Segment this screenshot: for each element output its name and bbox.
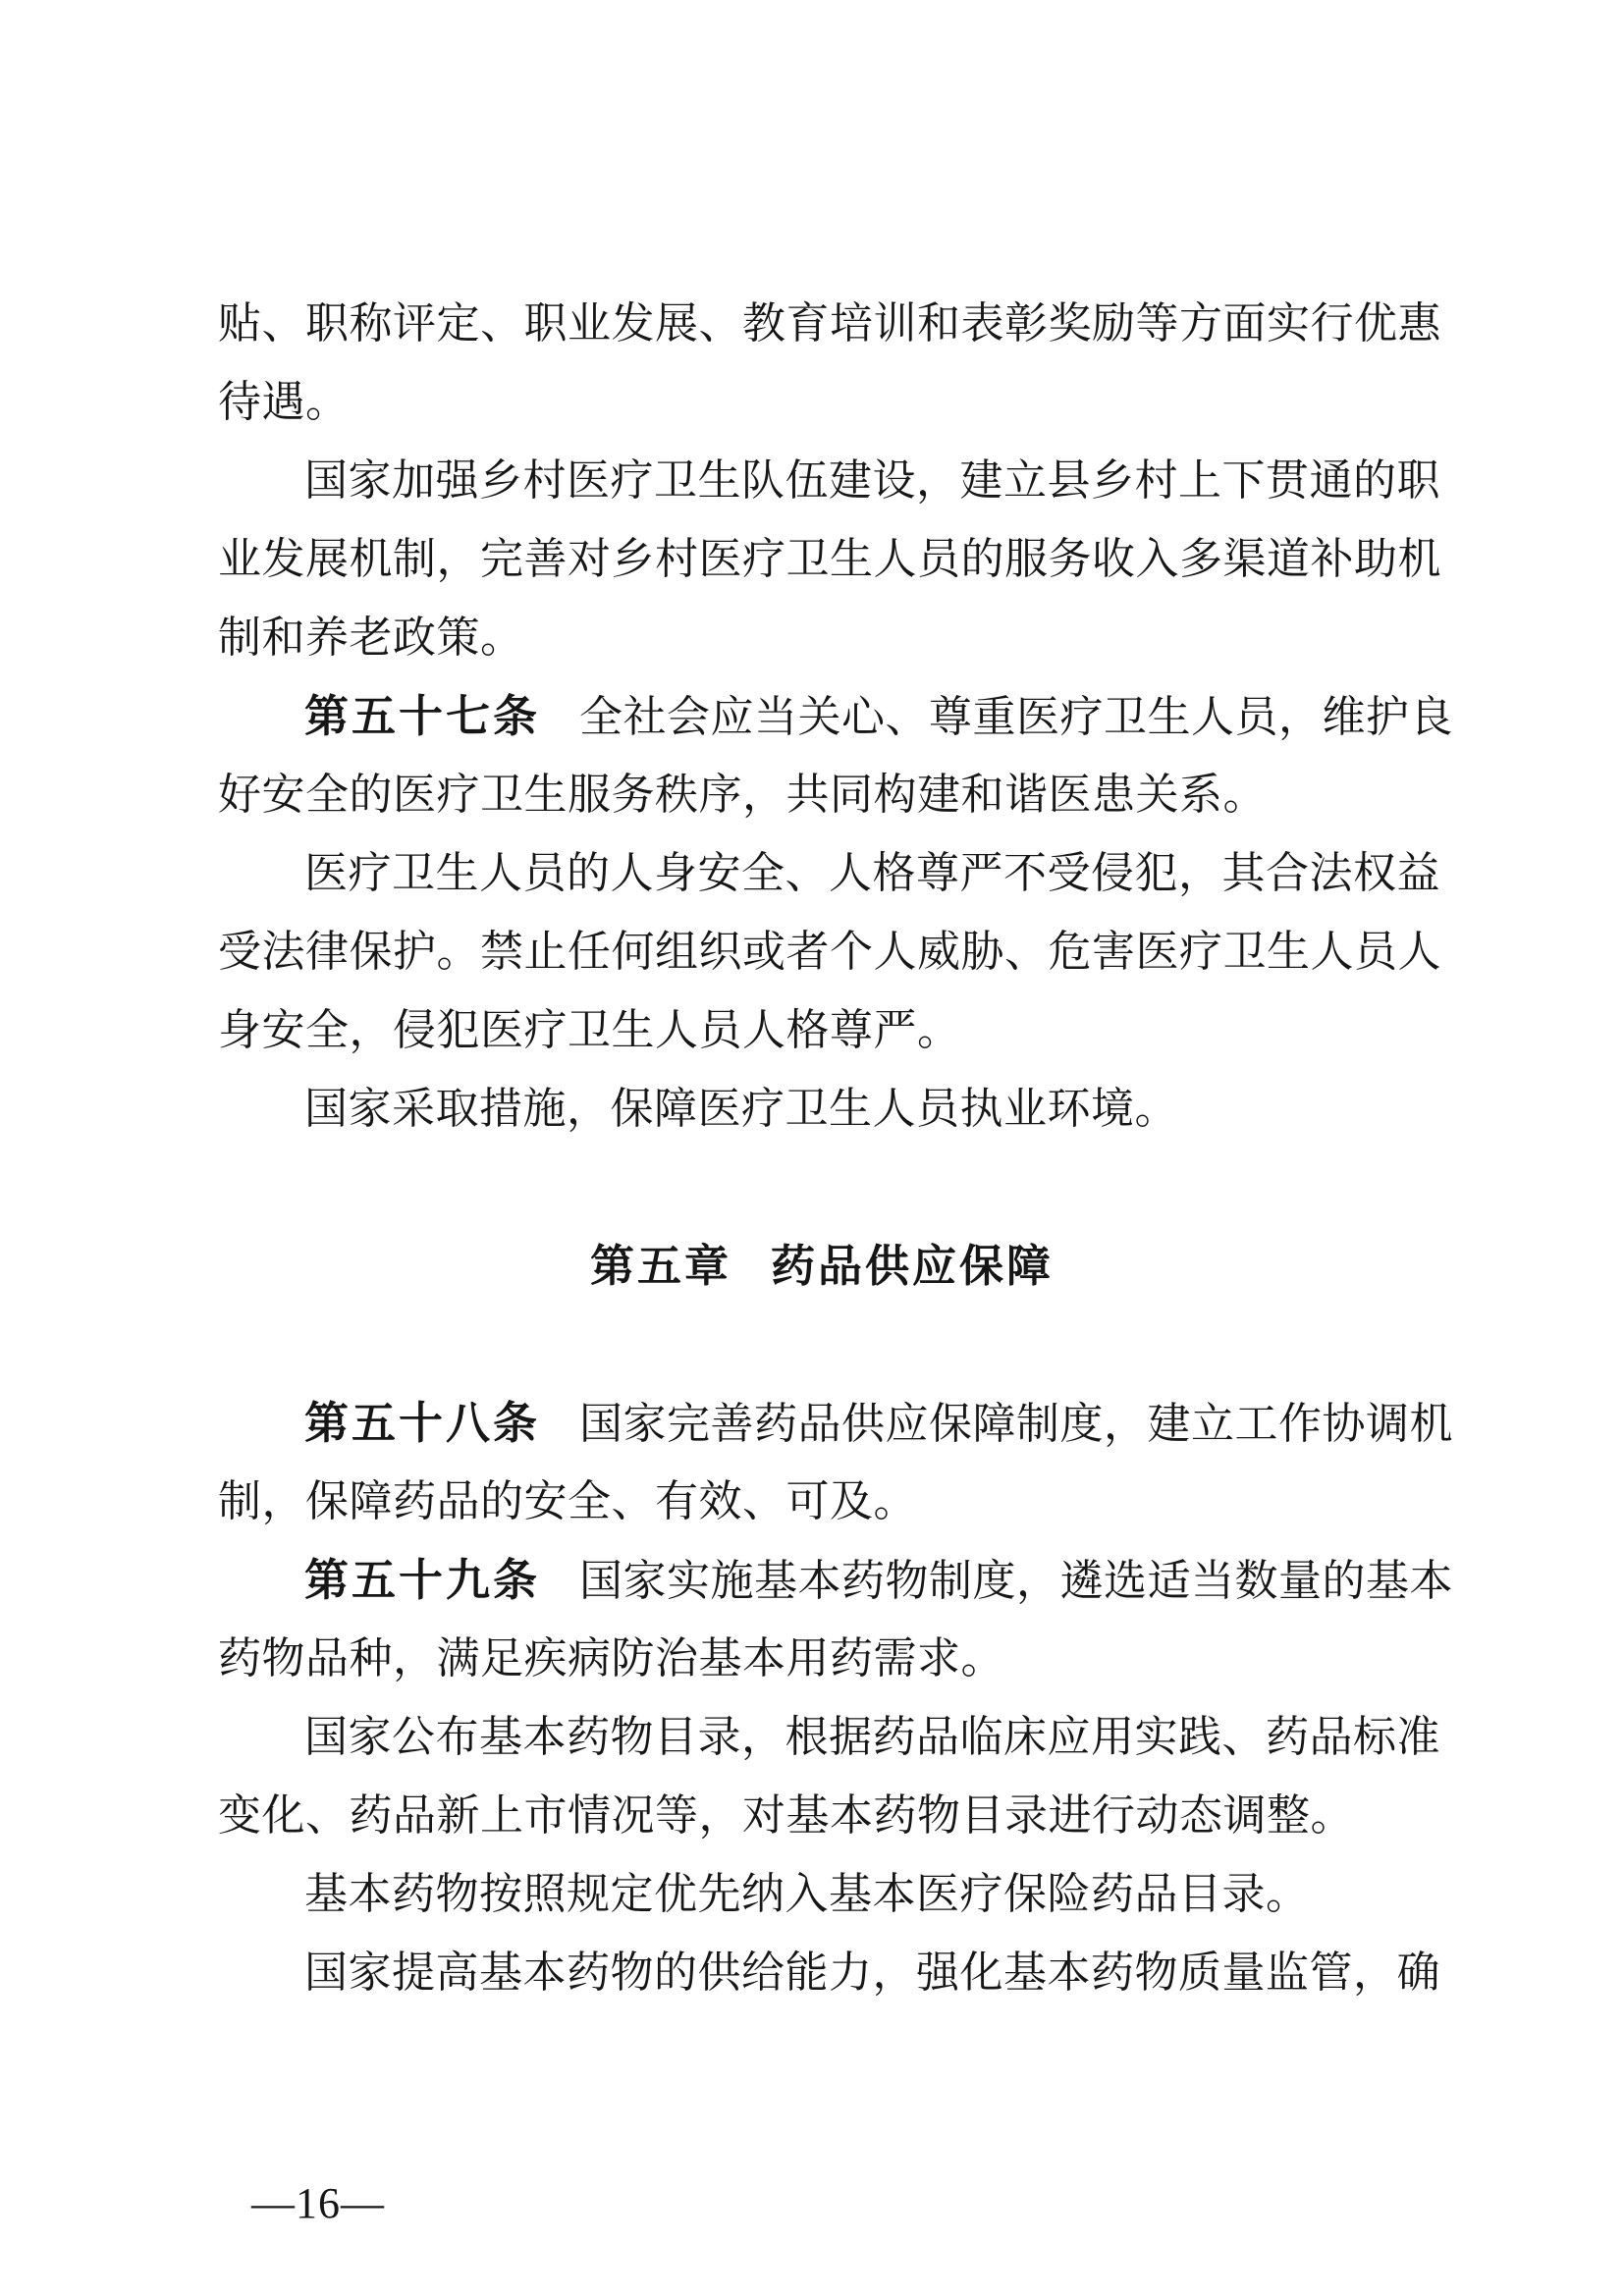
paragraph: 国家采取措施，保障医疗卫生人员执业环境。 xyxy=(218,1070,1426,1148)
text-line: 贴、职称评定、职业发展、教育培训和表彰奖励等方面实行优惠 xyxy=(218,285,1426,363)
body-text: 贴、职称评定、职业发展、教育培训和表彰奖励等方面实行优惠 xyxy=(218,299,1441,347)
text-line: 第五十七条全社会应当关心、尊重医疗卫生人员，维护良 xyxy=(218,677,1426,756)
body-text: 国家采取措施，保障医疗卫生人员执业环境。 xyxy=(304,1085,1178,1133)
text-line: 国家采取措施，保障医疗卫生人员执业环境。 xyxy=(218,1070,1426,1148)
text-line: 受法律保护。禁止任何组织或者个人威胁、危害医疗卫生人员人 xyxy=(218,913,1426,991)
text-line: 好安全的医疗卫生服务秩序，共同构建和谐医患关系。 xyxy=(218,756,1426,834)
text-line: 药物品种，满足疾病防治基本用药需求。 xyxy=(218,1620,1426,1698)
paragraph: 国家公布基本药物目录，根据药品临床应用实践、药品标准变化、药品新上市情况等，对基… xyxy=(218,1698,1426,1855)
body-text: 业发展机制，完善对乡村医疗卫生人员的服务收入多渠道补助机 xyxy=(218,535,1441,583)
text-line: 第五十八条国家完善药品供应保障制度，建立工作协调机 xyxy=(218,1384,1426,1463)
text-line: 制，保障药品的安全、有效、可及。 xyxy=(218,1463,1426,1541)
text-line: 基本药物按照规定优先纳入基本医疗保险药品目录。 xyxy=(218,1855,1426,1934)
paragraph: 医疗卫生人员的人身安全、人格尊严不受侵犯，其合法权益受法律保护。禁止任何组织或者… xyxy=(218,834,1426,1070)
text-line: 制和养老政策。 xyxy=(218,599,1426,677)
body-text: 制，保障药品的安全、有效、可及。 xyxy=(218,1477,917,1525)
text-line: 国家提高基本药物的供给能力，强化基本药物质量监管，确 xyxy=(218,1934,1426,2012)
text-line: 变化、药品新上市情况等，对基本药物目录进行动态调整。 xyxy=(218,1777,1426,1855)
text-line: 待遇。 xyxy=(218,363,1426,442)
page-number: —16— xyxy=(251,2164,385,2243)
body-text: 国家公布基本药物目录，根据药品临床应用实践、药品标准 xyxy=(304,1713,1440,1761)
text-line: 业发展机制，完善对乡村医疗卫生人员的服务收入多渠道补助机 xyxy=(218,520,1426,599)
paragraph: 国家加强乡村医疗卫生队伍建设，建立县乡村上下贯通的职业发展机制，完善对乡村医疗卫… xyxy=(218,442,1426,677)
text-line: 第五章药品供应保障 xyxy=(218,1227,1426,1306)
article-number: 第五章 xyxy=(590,1241,731,1291)
body-text: 变化、药品新上市情况等，对基本药物目录进行动态调整。 xyxy=(218,1791,1354,1840)
text-line: 身安全，侵犯医疗卫生人员人格尊严。 xyxy=(218,991,1426,1070)
article-number: 第五十七条 xyxy=(304,691,540,741)
text-line: 医疗卫生人员的人身安全、人格尊严不受侵犯，其合法权益 xyxy=(218,834,1426,913)
body-text: 身安全，侵犯医疗卫生人员人格尊严。 xyxy=(218,1006,961,1054)
paragraph: 基本药物按照规定优先纳入基本医疗保险药品目录。 xyxy=(218,1855,1426,1934)
content-blocks: 贴、职称评定、职业发展、教育培训和表彰奖励等方面实行优惠待遇。国家加强乡村医疗卫… xyxy=(218,285,1426,2012)
document-page: 贴、职称评定、职业发展、教育培训和表彰奖励等方面实行优惠待遇。国家加强乡村医疗卫… xyxy=(0,0,1624,2296)
body-text: 国家完善药品供应保障制度，建立工作协调机 xyxy=(579,1400,1453,1448)
body-text: 全社会应当关心、尊重医疗卫生人员，维护良 xyxy=(579,693,1453,741)
body-text: 药物品种，满足疾病防治基本用药需求。 xyxy=(218,1634,1004,1682)
body-text: 待遇。 xyxy=(218,378,350,426)
paragraph: 第五十九条国家实施基本药物制度，遴选适当数量的基本药物品种，满足疾病防治基本用药… xyxy=(218,1541,1426,1698)
body-text: 好安全的医疗卫生服务秩序，共同构建和谐医患关系。 xyxy=(218,771,1267,819)
article-number: 药品供应保障 xyxy=(771,1241,1054,1291)
text-line: 国家加强乡村医疗卫生队伍建设，建立县乡村上下贯通的职 xyxy=(218,442,1426,520)
article-number: 第五十九条 xyxy=(304,1555,540,1605)
paragraph: 第五十八条国家完善药品供应保障制度，建立工作协调机制，保障药品的安全、有效、可及… xyxy=(218,1384,1426,1541)
article-number: 第五十八条 xyxy=(304,1398,540,1448)
body-text: 医疗卫生人员的人身安全、人格尊严不受侵犯，其合法权益 xyxy=(304,849,1440,897)
body-text: 受法律保护。禁止任何组织或者个人威胁、危害医疗卫生人员人 xyxy=(218,928,1441,976)
paragraph: 贴、职称评定、职业发展、教育培训和表彰奖励等方面实行优惠待遇。 xyxy=(218,285,1426,442)
body-text: 制和养老政策。 xyxy=(218,614,524,662)
body-text: 国家提高基本药物的供给能力，强化基本药物质量监管，确 xyxy=(304,1949,1440,1997)
body-text: 国家加强乡村医疗卫生队伍建设，建立县乡村上下贯通的职 xyxy=(304,456,1440,505)
paragraph: 第五十七条全社会应当关心、尊重医疗卫生人员，维护良好安全的医疗卫生服务秩序，共同… xyxy=(218,677,1426,834)
paragraph: 国家提高基本药物的供给能力，强化基本药物质量监管，确 xyxy=(218,1934,1426,2012)
text-line: 国家公布基本药物目录，根据药品临床应用实践、药品标准 xyxy=(218,1698,1426,1777)
chapter-heading: 第五章药品供应保障 xyxy=(218,1227,1426,1306)
text-line: 第五十九条国家实施基本药物制度，遴选适当数量的基本 xyxy=(218,1541,1426,1620)
body-text: 基本药物按照规定优先纳入基本医疗保险药品目录。 xyxy=(304,1870,1310,1918)
body-text: 国家实施基本药物制度，遴选适当数量的基本 xyxy=(579,1557,1453,1605)
